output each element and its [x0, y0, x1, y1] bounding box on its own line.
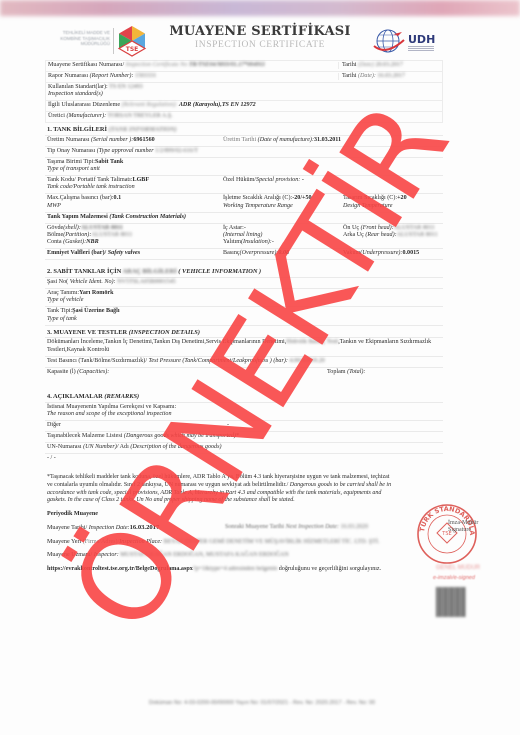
e-signed-label: e-imzalı/e-signed [433, 575, 475, 581]
cert-date-value: 20.03.2017 [375, 62, 402, 68]
cert-date-label-en: (Date) [358, 62, 374, 68]
cert-no-row: Muayene Sertifikası Numarası/ Inspection… [45, 60, 443, 72]
chassis-row: Şasi No( Vehicle Ident. No): NV5TSLA05B0… [45, 278, 443, 289]
cert-no-label-en: Inspection Certificate No [126, 62, 188, 68]
verification-row: https://evrakkontroltest.tse.org.tr/Belg… [45, 559, 443, 573]
insulation-value: - [272, 239, 274, 245]
tse-stamp-icon: TÜRK STANDARDLARI TSE [416, 503, 478, 565]
other-row: Diğer - [45, 421, 443, 432]
goods-row: Taşınabilecek Malzeme Listesi (Dangerous… [45, 432, 443, 443]
inspection-details-row: Dökümanları İnceleme,Tankın İç Denetimi,… [45, 338, 443, 356]
tank-code-value: LGBF [133, 177, 150, 183]
report-date-label: Tarihi [342, 73, 356, 79]
exceptional-row: İstisnai Muayenenin Yapılma Gerekçesi ve… [45, 403, 443, 421]
pressure-temp-row: Max.Çalışma basıncı (bar):0.1 MWP İşletm… [45, 194, 443, 212]
section-vehicle-information: 2. SABİT TANKLAR İÇİN ARAÇ BİLGİLERİ ( V… [45, 265, 443, 278]
vehicle-type-value: Yarı Romörk [79, 290, 113, 296]
inspector-row: Muayene Uzmanı/ Inspector: MUSTAFA KAĞAN… [45, 546, 443, 559]
special-provision-value: - [302, 177, 304, 183]
underpressure-value: 0.0015 [402, 250, 419, 256]
cert-date-label: Tarihi [342, 62, 356, 68]
cert-no-label: Muayene Sertifikası Numarası/ [48, 62, 124, 68]
mfg-date-value: 31.03.2011 [314, 137, 341, 143]
rear-head-value: ALUSTAR 8011 [397, 232, 438, 238]
serial-row: Üretim Numarası (Serial number ):6961560… [45, 136, 443, 147]
top-color-band [0, 0, 520, 16]
tank-code-row: Tank Kodu/ Portatif Tank Talimatı:LGBF T… [45, 176, 443, 194]
report-no-label: Rapor Numarası [48, 73, 88, 79]
inspection-place-value: BEYAZ EKSPER GEMİ DENETİM VE MÜŞAVİRLİK … [164, 539, 380, 545]
udh-globe-icon [372, 26, 406, 56]
tank-type-value: Şasi Üzerine Bağlı [72, 308, 119, 314]
mwp-value: 0.1 [114, 195, 122, 201]
capacity-row: Kapasite (l) (Capacities): Toplam (Total… [45, 368, 443, 378]
standard-row: Kullanılan Standart(lar): TS EN 12493 In… [45, 83, 443, 101]
manufacturer-row: Üretici (Manufacturer): TORSAN TREYLER A… [45, 112, 443, 123]
tank-type-row: Tank Tipi:Şasi Üzerine Bağlı Type of tan… [45, 307, 443, 325]
materials-row: Gövde(shell):ALUSTAR 8011 Bölme(Partitio… [45, 224, 443, 250]
verification-link[interactable]: https://evrakkontroltest.tse.org.tr/Belg… [47, 566, 193, 572]
certificate-title: MUAYENE SERTİFİKASI [0, 24, 520, 39]
transport-unit-row: Taşıma Birimi Tipi:Sabit Tank Type of tr… [45, 158, 443, 176]
un-value: - / - [47, 455, 56, 462]
un-number-row: UN-Numarası (UN Number)/ Adı (Descriptio… [45, 443, 443, 454]
certificate-header: TEHLİKELİ MADDE VE KOMBİNE TAŞIMACILIK M… [0, 20, 520, 58]
shell-value: ALUSTAR 8011 [81, 225, 123, 231]
working-temp-value: -20/+50 [292, 195, 311, 201]
lining-value: - [244, 225, 246, 231]
inspector-value: MUSTAFA KAĞAN ERDOĞAN, MUSTAFA KAĞAN ERD… [120, 552, 288, 558]
type-approval-value: 1/2/899/02-616/T [155, 148, 198, 154]
report-no-row: Rapor Numarası (Report Number): 1503331 … [45, 72, 443, 83]
certificate-subtitle: INSPECTION CERTIFICATE [0, 40, 520, 50]
section-remarks: 4. AÇIKLAMALAR (REMARKS) [45, 390, 443, 403]
chassis-value: NV5TSLA05B0001545 [117, 279, 176, 285]
standard-label: Kullanılan Standart(lar): [48, 84, 108, 90]
materials-header-row: Tank Yapım Malzemesi (Tank Construction … [45, 213, 443, 224]
report-date-label-en: (Date): [358, 73, 376, 79]
qr-code-icon [436, 587, 466, 617]
standard-value: TS EN 12493 [109, 84, 143, 90]
inspection-place-row: Muayene Yeri (Firma/Adres)/Inspection Pl… [45, 533, 443, 546]
design-temp-value: +20 [397, 195, 407, 201]
signature-label: İmza-Mühür Signature [448, 520, 478, 533]
un-value-row: - / - [45, 454, 443, 464]
section-tank-information: 1. TANK BİLGİLERİ (TANK INFORMATION) [45, 123, 443, 136]
periodic-inspection-title: Periyodik Muayene [45, 507, 443, 518]
next-inspection-date-value: 16.03.2020 [341, 524, 368, 530]
overpressure-value: 0.08 [278, 250, 289, 256]
vehicle-type-row: Araç Tanımı:Yarı Romörk Type of vehicle [45, 289, 443, 307]
report-no-label-en: (Report Number): [90, 73, 134, 79]
dangerous-goods-note: *Taşınacak tehlikeli maddeler tank kodun… [45, 472, 394, 506]
other-value: - [227, 422, 229, 429]
safety-valves-row: Emniyet Valfleri (bar)/ Safety valves Ba… [45, 249, 443, 260]
document-footer: Doküman No: 4-03-0200-00/00000 Yayın No:… [112, 700, 412, 706]
report-no-value: 1503331 [135, 73, 156, 79]
udh-label: UDH [408, 33, 435, 46]
inspection-date-row: Muayene Tarihi/ Inspection Date:16.03.20… [45, 518, 443, 532]
regulation-row: İlgili Uluslararası Düzenleme (Relevant … [45, 101, 443, 112]
certificate-body: Muayene Sertifikası Numarası/ Inspection… [45, 60, 443, 574]
signer-title: GENEL MÜDÜR [436, 565, 480, 571]
transport-unit-value: Sabit Tank [95, 159, 123, 165]
cert-no-value: TR/TSE04/M03/01.17*004911 [189, 62, 265, 68]
section-inspection-details: 3. MUAYENE VE TESTLER (INSPECTION DETAIL… [45, 326, 443, 339]
serial-value: 6961560 [133, 137, 154, 143]
type-approval-row: Tip Onay Numarası (Type approval number … [45, 147, 443, 158]
manufacturer-label: Üretici [48, 113, 65, 119]
test-pressure-row: Test Basıncı (Tank/Bölme/Sızdırmazlık)/ … [45, 357, 443, 368]
manufacturer-value: TORSAN TREYLER A.Ş. [108, 113, 173, 119]
regulation-label: İlgili Uluslararası Düzenleme [48, 102, 120, 108]
test-pressure-value: 4.00/4.00/0.20 [289, 358, 324, 364]
report-date-value: 16.03.2017 [377, 73, 404, 79]
standard-label-en: Inspection standard(s) [48, 91, 103, 97]
regulation-label-en: (Relevant Regulation): [122, 102, 178, 108]
manufacturer-label-en: (Manufacturer): [66, 113, 106, 119]
regulation-value: ADR (Karayolu),TS EN 12972 [179, 102, 256, 108]
gasket-value: NBR [86, 239, 99, 245]
partition-value: ALUSTAR 8011 [91, 232, 132, 238]
inspection-date-value: 16.03.2017 [130, 524, 160, 531]
front-head-value: ALUSTAR 8011 [394, 225, 435, 231]
udh-subtext [408, 46, 434, 51]
